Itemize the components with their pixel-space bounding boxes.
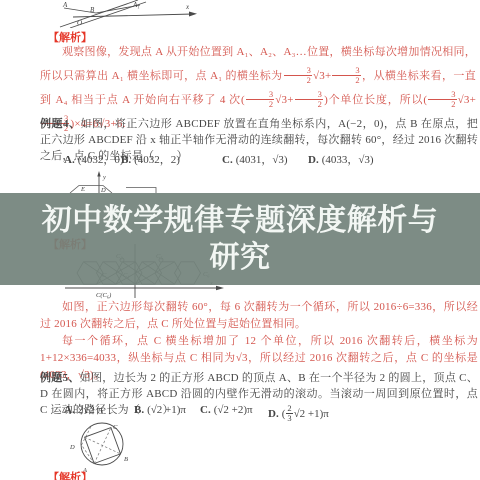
example4-label: 例题4、 — [40, 118, 80, 130]
example5-label: 例题5、 — [40, 372, 80, 384]
example5-body: 如图，边长为 2 的正方形 ABCD 的顶点 A、B 在一个半径为 2 的圆上，… — [40, 372, 478, 416]
example5-option-c: C.(√2 +2)π — [200, 404, 253, 416]
figure-line-diagram: A B A₁ O x — [40, 0, 240, 28]
fraction: 32 — [428, 90, 456, 110]
fraction: 32 — [332, 66, 360, 86]
y-axis-arrow-icon — [97, 171, 100, 177]
example5-option-b: B.(√2 +1)π — [134, 404, 186, 416]
example5-option-d: D.(23√2 +1)π — [268, 404, 329, 424]
figure2top-label-E: E — [80, 186, 85, 193]
figure2top-label-y: y — [102, 174, 106, 181]
fraction: 32 — [246, 90, 274, 110]
solution3-header: 【解析】 — [48, 469, 92, 480]
title-banner: 初中数学规律专题深度解析与 研究 — [0, 193, 480, 285]
figure3-label-D: D — [69, 444, 75, 451]
solution2-para1: 如图，正六边形每次翻转 60°，每 6 次翻转为一个循环，所以 2016÷6=3… — [40, 299, 478, 333]
document-page: A B A₁ O x 【解析】 观察图像，发现点 A 从开始位置到 A₁、A₂、… — [0, 0, 480, 480]
example4-option-c: C.(4031，√3) — [222, 151, 288, 167]
banner-title-line1: 初中数学规律专题深度解析与 — [42, 202, 439, 239]
x-axis-arrow-icon — [189, 12, 197, 17]
x-axis-arrow-icon — [216, 286, 224, 290]
example5-option-a: A.2√2 π — [64, 404, 103, 416]
figure1-label-B: B — [90, 6, 95, 14]
fraction: 32 — [295, 90, 323, 110]
banner-title-line2: 研究 — [210, 239, 271, 276]
figure1-label-A: A — [62, 1, 68, 9]
example4-option-d: D.(4033，√3) — [308, 151, 374, 167]
fraction: 23 — [286, 404, 292, 424]
figure-hexagon-axes-top: y E D — [60, 170, 210, 193]
figure3-label-B: B — [124, 456, 128, 463]
figure-square-in-circle: C B A D — [55, 418, 165, 476]
fraction: 32 — [284, 66, 312, 86]
figure3-label-C: C — [113, 424, 118, 431]
figure1-label-x: x — [185, 3, 190, 11]
figure1-label-A1: A₁ — [132, 1, 140, 9]
example4-option-b: B.(4032，2) — [121, 151, 180, 167]
figure1-label-O: O — [77, 19, 82, 27]
example4-option-a: A.(4032，0) — [64, 151, 124, 167]
figure2-label-origin: C(C₆) — [96, 292, 111, 299]
example5-text: 例题5、如图，边长为 2 的正方形 ABCD 的顶点 A、B 在一个半径为 2 … — [40, 370, 478, 418]
